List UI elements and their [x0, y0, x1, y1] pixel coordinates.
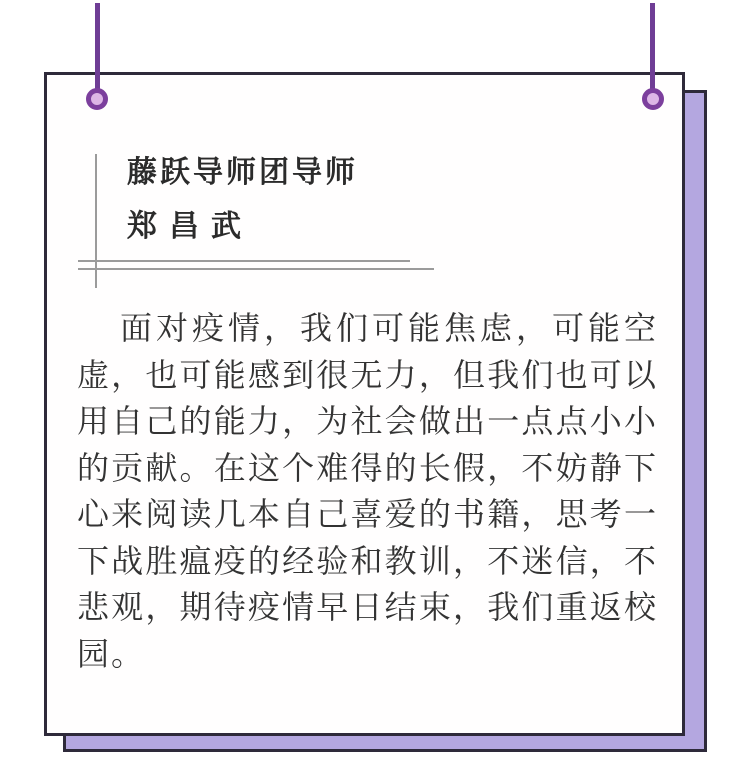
header-divider-line-bottom [78, 268, 434, 270]
header-divider-line-top [78, 260, 410, 262]
card-paragraph: 面对疫情，我们可能焦虑，可能空虚，也可能感到很无力，但我们也可以用自己的能力，为… [77, 305, 658, 677]
hanging-string-left [95, 3, 100, 99]
card-header: 藤跃导师团导师 郑昌武 [127, 146, 358, 254]
pin-left-icon [86, 88, 108, 110]
pin-right-icon [642, 88, 664, 110]
note-card: 藤跃导师团导师 郑昌武 面对疫情，我们可能焦虑，可能空虚，也可能感到很无力，但我… [44, 72, 685, 736]
mentor-name: 郑昌武 [127, 200, 358, 254]
note-card-scene: 藤跃导师团导师 郑昌武 面对疫情，我们可能焦虑，可能空虚，也可能感到很无力，但我… [0, 0, 750, 772]
mentor-group-title: 藤跃导师团导师 [127, 146, 358, 200]
hanging-string-right [650, 3, 655, 99]
